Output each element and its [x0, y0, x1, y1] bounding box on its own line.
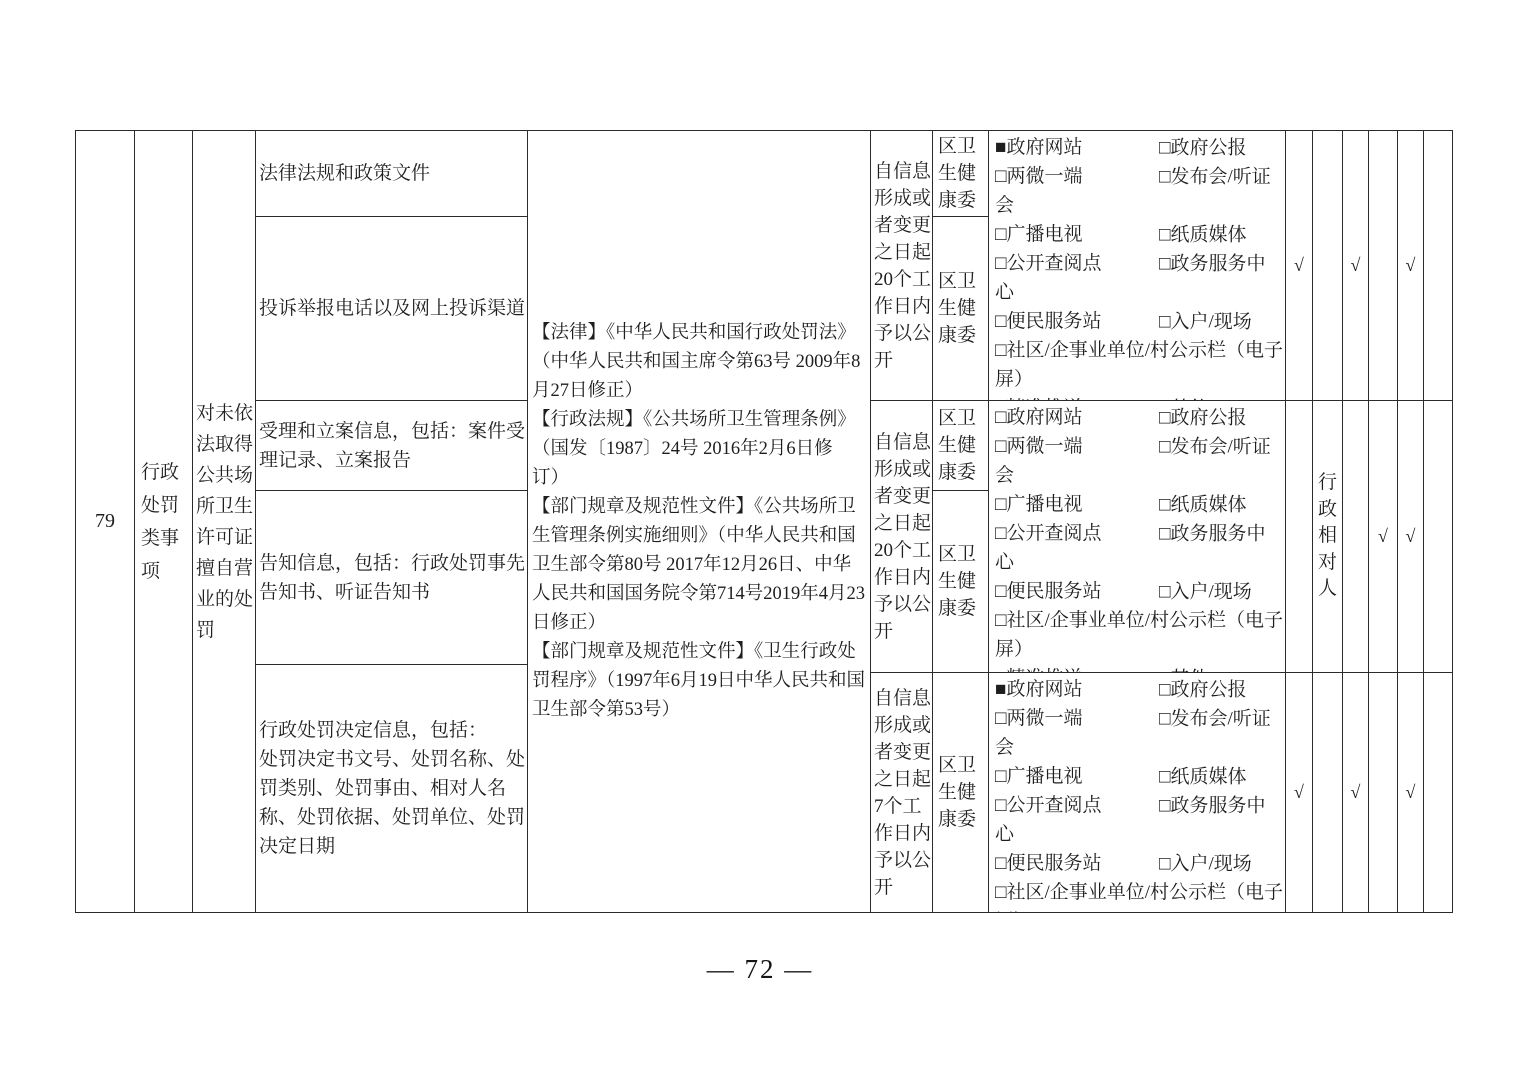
checkbox-option: □入户/现场	[1159, 307, 1252, 336]
subject-cell: 区卫生健康委	[932, 130, 989, 217]
legal-basis-text: 【法律】《中华人民共和国行政处罚法》（中华人民共和国主席令第63号 2009年8…	[528, 319, 870, 725]
item-name: 对未依法取得公共场所卫生许可证擅自营业的处罚	[193, 398, 255, 646]
content-row-text: 告知信息，包括：行政处罚事先告知书、听证告知书	[256, 549, 527, 607]
checkmark: √	[1406, 251, 1416, 280]
checkmark-cell: √	[1342, 672, 1369, 913]
subject-cell: 区卫生健康委	[932, 216, 989, 401]
checkbox-option: □入户/现场	[1159, 577, 1252, 606]
checkbox-option: □社区/企事业单位/村公示栏（电子	[995, 336, 1283, 365]
checkbox-option: □便民服务站	[995, 577, 1101, 606]
channel-line: ■政府网站□政府公报	[995, 133, 1285, 162]
checked-checkbox-option: ■政府网站	[995, 133, 1082, 162]
checkmark-cell: √	[1397, 400, 1424, 673]
checkmark: √	[1378, 522, 1388, 551]
checkbox-option: □发布会/听证	[1159, 162, 1271, 191]
channel-line: □两微一端□发布会/听证	[995, 162, 1285, 191]
time-limit-cell: 自信息形成或者变更之日起20个工作日内予以公开	[870, 400, 933, 673]
subject-cell: 区卫生健康委	[932, 490, 989, 673]
channel-line: 心	[995, 278, 1285, 307]
empty-cell	[1368, 130, 1398, 401]
checkmark: √	[1294, 778, 1304, 807]
channel-line: □便民服务站□入户/现场	[995, 849, 1285, 878]
checkmark-cell: √	[1285, 672, 1313, 913]
checkmark-cell: √	[1397, 672, 1424, 913]
checkbox-option: 屏）	[995, 365, 1033, 394]
checkbox-option: □入户/现场	[1159, 849, 1252, 878]
checkbox-option: □便民服务站	[995, 849, 1101, 878]
channel-line: 心	[995, 820, 1285, 849]
checkbox-option: 屏）	[995, 907, 1033, 913]
empty-cell	[1312, 130, 1343, 401]
channel-line: 心	[995, 548, 1285, 577]
checkbox-option: □发布会/听证	[1159, 704, 1271, 733]
content-row-text: 投诉举报电话以及网上投诉渠道	[256, 294, 527, 323]
checkbox-option: 会	[995, 733, 1014, 762]
channel-line: □广播电视□纸质媒体	[995, 762, 1285, 791]
channel-line: □社区/企事业单位/村公示栏（电子	[995, 336, 1285, 365]
checkbox-option: □便民服务站	[995, 307, 1101, 336]
checkbox-option: □广播电视	[995, 490, 1082, 519]
channel-line: 屏）	[995, 635, 1285, 664]
channel-line: □广播电视□纸质媒体	[995, 220, 1285, 249]
checkbox-option: 会	[995, 191, 1014, 220]
checkbox-option: □发布会/听证	[1159, 432, 1271, 461]
channel-line: 屏）	[995, 365, 1285, 394]
audience-label: 行政相对人	[1318, 470, 1338, 603]
empty-cell	[1368, 672, 1398, 913]
checkmark: √	[1294, 251, 1304, 280]
subject-cell: 区卫生健康委	[932, 400, 989, 491]
content-row-acceptance-filing: 受理和立案信息，包括：案件受理记录、立案报告	[255, 400, 528, 491]
checkbox-option: 屏）	[995, 635, 1033, 664]
content-row-notification: 告知信息，包括：行政处罚事先告知书、听证告知书	[255, 490, 528, 665]
checkbox-option: □公开查阅点	[995, 519, 1101, 548]
channel-line: □社区/企事业单位/村公示栏（电子	[995, 878, 1285, 907]
checkbox-option: 心	[995, 278, 1014, 307]
checkbox-option: 心	[995, 548, 1014, 577]
legal-basis-cell: 【法律】《中华人民共和国行政处罚法》（中华人民共和国主席令第63号 2009年8…	[527, 130, 871, 913]
empty-cell	[1423, 672, 1453, 913]
channel-line: □公开查阅点□政务服务中	[995, 791, 1285, 820]
time-limit-text: 自信息形成或者变更之日起20个工作日内予以公开	[871, 158, 932, 374]
checkbox-option: □政务服务中	[1159, 519, 1265, 548]
content-row-complaint-channels: 投诉举报电话以及网上投诉渠道	[255, 216, 528, 401]
time-limit-text: 自信息形成或者变更之日起7个工作日内予以公开	[871, 685, 932, 901]
checkbox-option: □纸质媒体	[1159, 220, 1246, 249]
checkmark: √	[1406, 522, 1416, 551]
page-number: — 72 —	[0, 948, 1520, 990]
channel-line: □两微一端□发布会/听证	[995, 704, 1285, 733]
audience-label-cell: 行政相对人	[1312, 400, 1343, 673]
channels-cell: ■政府网站□政府公报□两微一端□发布会/听证会□广播电视□纸质媒体□公开查阅点□…	[988, 672, 1286, 913]
checkbox-option: □社区/企事业单位/村公示栏（电子	[995, 606, 1283, 635]
channel-line: □公开查阅点□政务服务中	[995, 519, 1285, 548]
subject-text: 区卫生健康委	[933, 752, 988, 833]
content-row-text: 行政处罚决定信息，包括： 处罚决定书文号、处罚名称、处罚类别、处罚事由、相对人名…	[256, 716, 527, 861]
channel-line: □社区/企事业单位/村公示栏（电子	[995, 606, 1285, 635]
checkbox-option: □广播电视	[995, 220, 1082, 249]
checkmark-cell: √	[1342, 130, 1369, 401]
channel-line: □两微一端□发布会/听证	[995, 432, 1285, 461]
checkbox-option: □纸质媒体	[1159, 490, 1246, 519]
checkmark-cell: √	[1285, 130, 1313, 401]
empty-cell	[1285, 400, 1313, 673]
checkbox-option: □纸质媒体	[1159, 762, 1246, 791]
empty-cell	[1423, 130, 1453, 401]
checked-checkbox-option: ■政府网站	[995, 675, 1082, 704]
channels-cell: ■政府网站□政府公报□两微一端□发布会/听证会□广播电视□纸质媒体□公开查阅点□…	[988, 130, 1286, 401]
empty-cell	[1342, 400, 1369, 673]
checkmark: √	[1351, 251, 1361, 280]
subject-text: 区卫生健康委	[933, 541, 988, 622]
seq-number-cell: 79	[75, 130, 135, 913]
channel-line: 会	[995, 461, 1285, 490]
subject-text: 区卫生健康委	[933, 405, 988, 486]
content-row-decision: 行政处罚决定信息，包括： 处罚决定书文号、处罚名称、处罚类别、处罚事由、相对人名…	[255, 664, 528, 913]
channel-line: □公开查阅点□政务服务中	[995, 249, 1285, 278]
item-name-cell: 对未依法取得公共场所卫生许可证擅自营业的处罚	[192, 130, 256, 913]
document-page: 79 行政处罚类事项 对未依法取得公共场所卫生许可证擅自营业的处罚 法律法规和政…	[0, 0, 1520, 1074]
empty-cell	[1312, 672, 1343, 913]
seq-number: 79	[76, 507, 134, 536]
checkmark-cell: √	[1368, 400, 1398, 673]
checkmark-cell: √	[1397, 130, 1424, 401]
checkbox-option: □公开查阅点	[995, 791, 1101, 820]
channel-line: 会	[995, 733, 1285, 762]
checkbox-option: □两微一端	[995, 704, 1082, 733]
checkbox-option: □政府公报	[1159, 403, 1246, 432]
checkbox-option: 心	[995, 820, 1014, 849]
subject-text: 区卫生健康委	[933, 133, 988, 214]
channel-line: ■政府网站□政府公报	[995, 675, 1285, 704]
checkbox-option: □两微一端	[995, 162, 1082, 191]
checkbox-option: □政务服务中	[1159, 249, 1265, 278]
content-row-laws: 法律法规和政策文件	[255, 130, 528, 217]
channel-line: □便民服务站□入户/现场	[995, 307, 1285, 336]
channels-cell: □政府网站□政府公报□两微一端□发布会/听证会□广播电视□纸质媒体□公开查阅点□…	[988, 400, 1286, 673]
channel-line: □广播电视□纸质媒体	[995, 490, 1285, 519]
checkbox-option: 会	[995, 461, 1014, 490]
checkbox-option: □政务服务中	[1159, 791, 1265, 820]
checkbox-option: □政府网站	[995, 403, 1082, 432]
empty-cell	[1423, 400, 1453, 673]
content-row-text: 法律法规和政策文件	[256, 159, 527, 188]
category-label: 行政处罚类事项	[135, 456, 192, 588]
channel-line: □政府网站□政府公报	[995, 403, 1285, 432]
checkmark: √	[1351, 778, 1361, 807]
time-limit-cell: 自信息形成或者变更之日起7个工作日内予以公开	[870, 672, 933, 913]
checkbox-option: □社区/企事业单位/村公示栏（电子	[995, 878, 1283, 907]
time-limit-cell: 自信息形成或者变更之日起20个工作日内予以公开	[870, 130, 933, 401]
checkbox-option: □广播电视	[995, 762, 1082, 791]
checkbox-option: □公开查阅点	[995, 249, 1101, 278]
channel-line: 屏）	[995, 907, 1285, 913]
subject-cell: 区卫生健康委	[932, 672, 989, 913]
checkmark: √	[1406, 778, 1416, 807]
time-limit-text: 自信息形成或者变更之日起20个工作日内予以公开	[871, 429, 932, 645]
checkbox-option: □两微一端	[995, 432, 1082, 461]
channel-line: □便民服务站□入户/现场	[995, 577, 1285, 606]
category-cell: 行政处罚类事项	[134, 130, 193, 913]
checkbox-option: □政府公报	[1159, 675, 1246, 704]
checkbox-option: □政府公报	[1159, 133, 1246, 162]
content-row-text: 受理和立案信息，包括：案件受理记录、立案报告	[256, 417, 527, 475]
channel-line: 会	[995, 191, 1285, 220]
subject-text: 区卫生健康委	[933, 268, 988, 349]
